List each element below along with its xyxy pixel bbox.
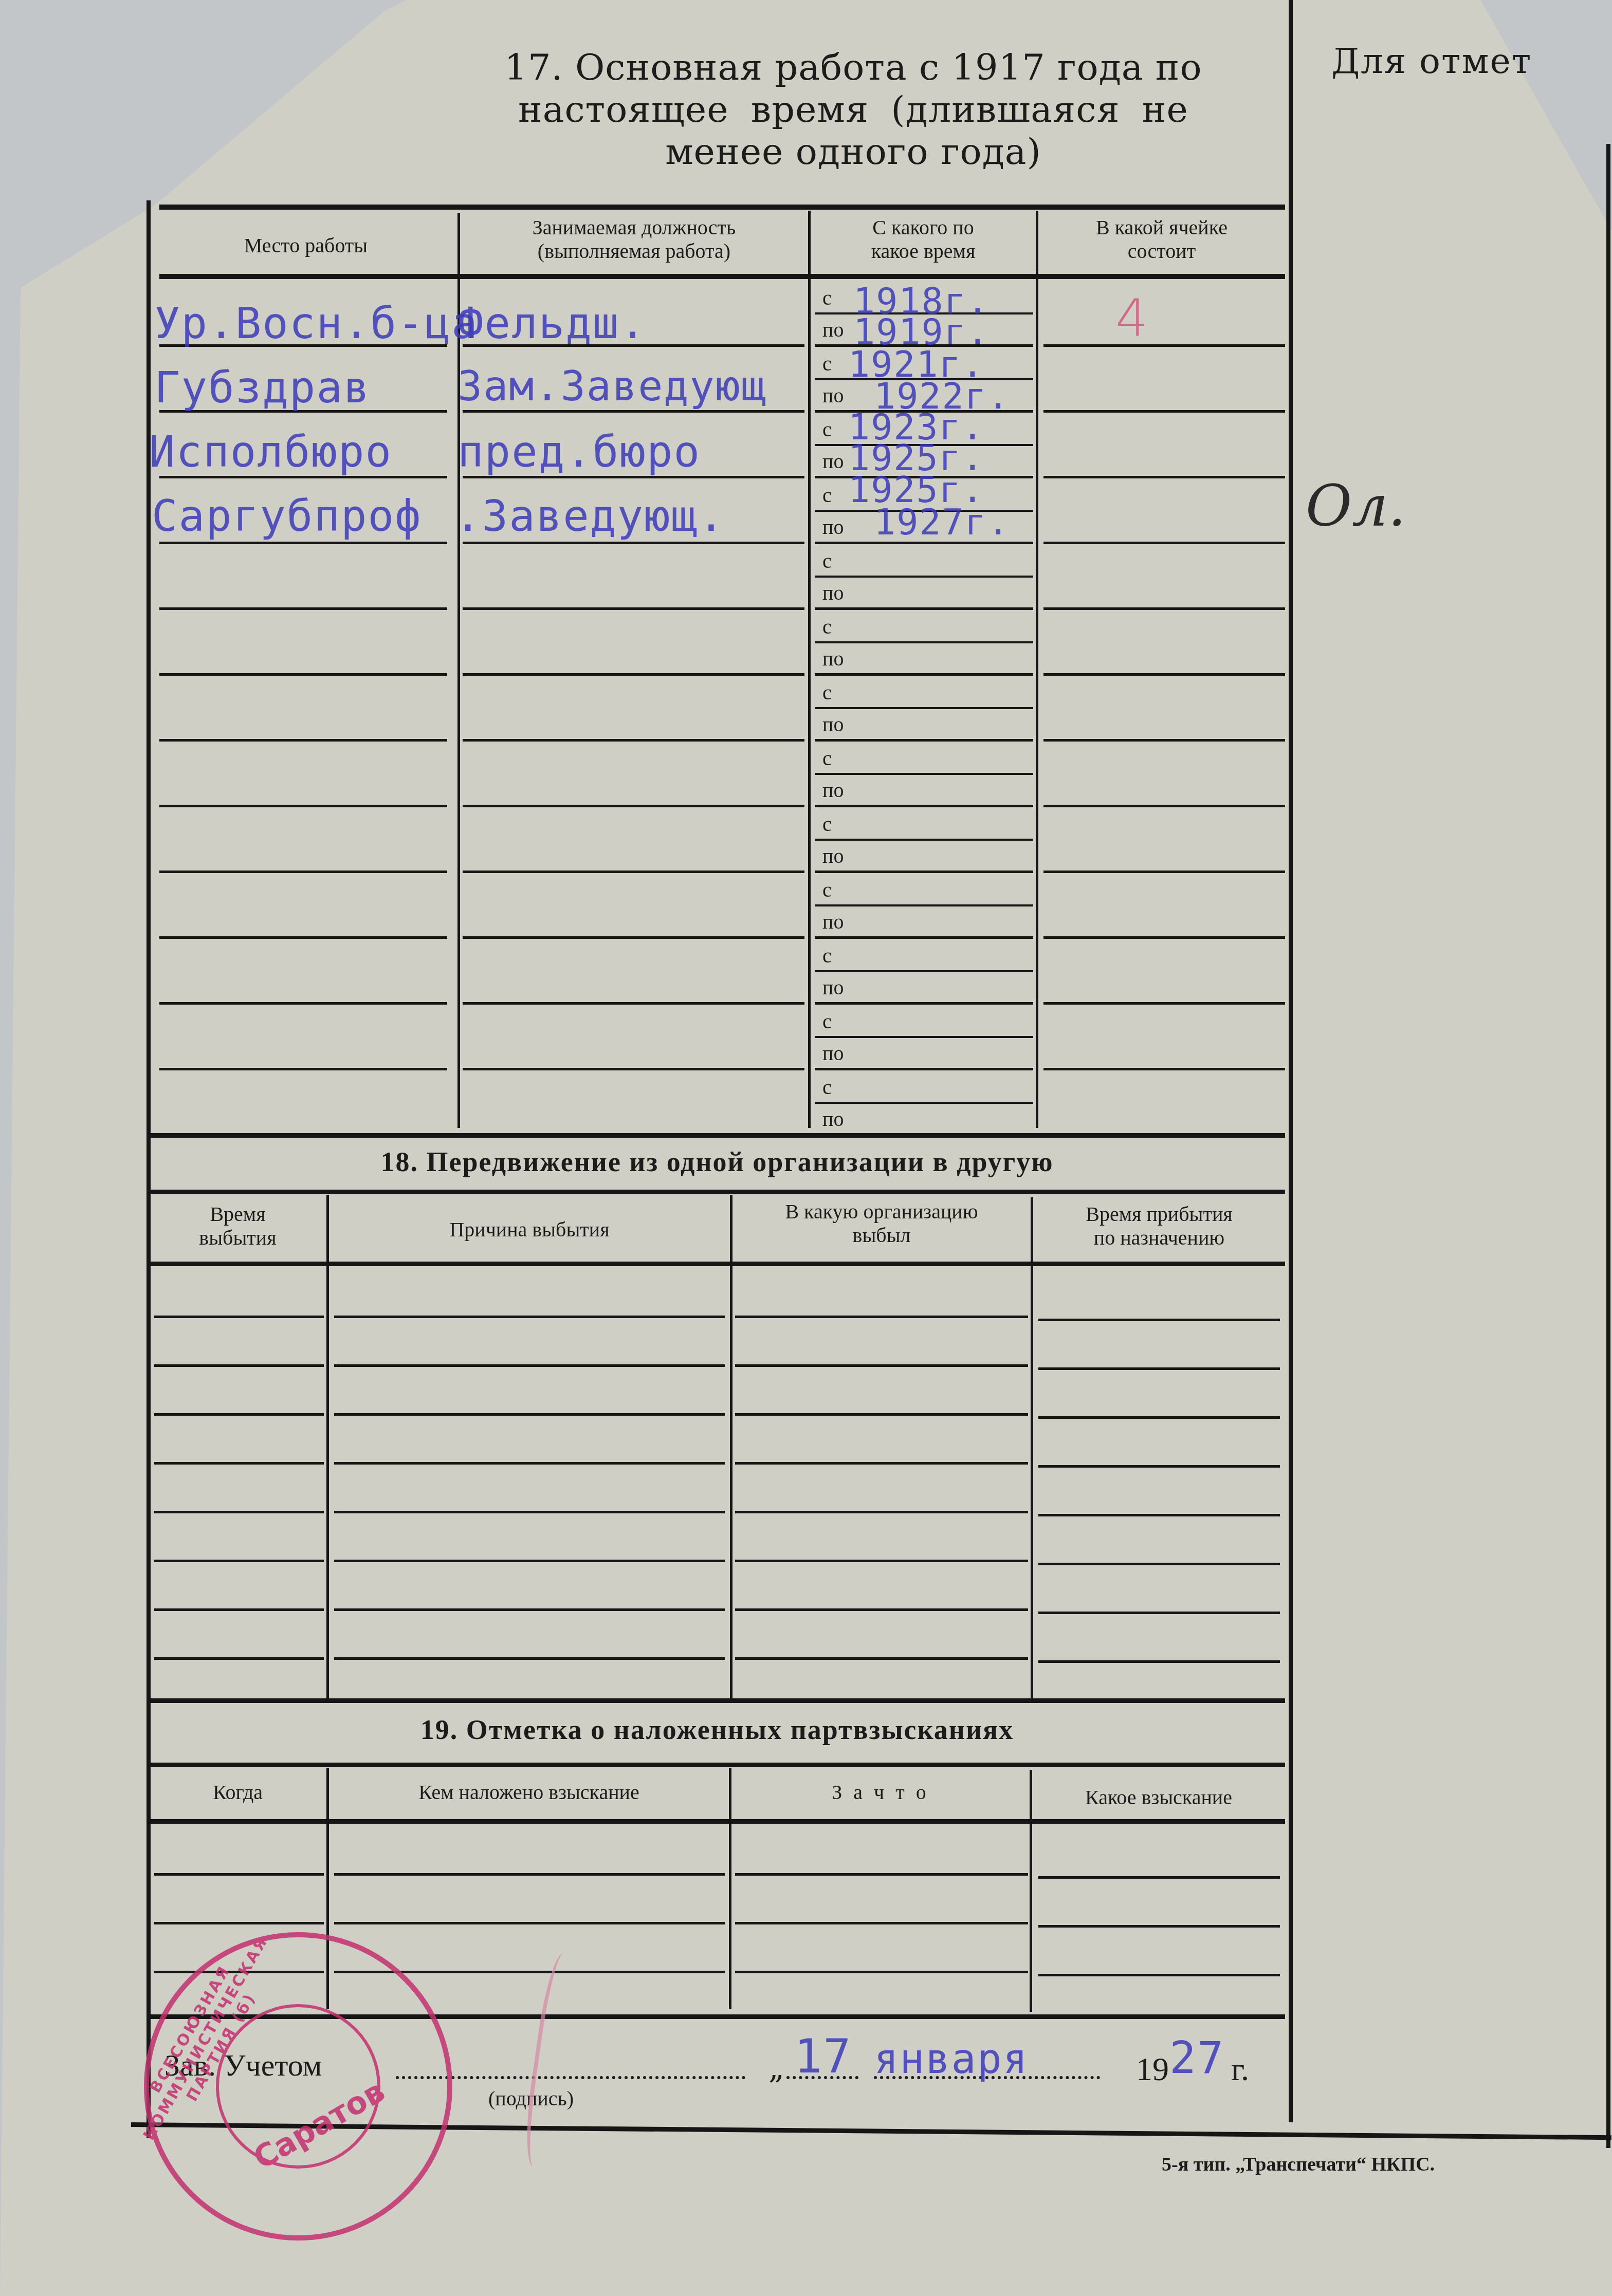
from-label: с — [822, 746, 832, 770]
s17-row2-position: Зам.Заведующ — [457, 362, 767, 410]
s17-col-header-cell-l1: В какой ячейке — [1038, 216, 1285, 239]
from-label: с — [822, 1009, 832, 1033]
s18-row-line — [735, 1462, 1028, 1465]
s19-header-border — [149, 1819, 1285, 1824]
s18-row-line — [1038, 1660, 1280, 1663]
s17-col-header-period-l1: С какого по — [811, 216, 1036, 239]
s18-row-line — [334, 1608, 725, 1611]
s19-row-line — [1038, 1876, 1280, 1879]
period-row-line — [815, 673, 1033, 676]
date-year-suffix: 27 — [1169, 2032, 1225, 2084]
s18-h1-l2: выбытия — [149, 1226, 326, 1250]
s18-row-line — [154, 1462, 324, 1465]
s17-row4-place: Саргубпроф — [152, 491, 422, 541]
s19-row-line — [735, 1971, 1028, 1973]
position-row-line — [463, 936, 804, 939]
s18-col-header-reason: Причина выбытия — [329, 1218, 730, 1242]
s18-row-line — [154, 1413, 324, 1416]
from-label: с — [822, 1075, 832, 1099]
period-half-line — [815, 839, 1033, 841]
s18-row-line — [735, 1413, 1028, 1416]
s19-col-header-when: Когда — [149, 1781, 326, 1804]
quote-open: „ — [768, 2050, 784, 2086]
s18-h4-l2: по назначению — [1033, 1226, 1285, 1250]
period-half-line — [815, 773, 1033, 775]
s18-col-divider-3 — [1031, 1197, 1033, 1698]
period-row-line — [815, 805, 1033, 807]
period-row-line — [815, 1068, 1033, 1070]
to-label: по — [822, 383, 844, 408]
period-row-line — [815, 607, 1033, 610]
to-label: по — [822, 515, 844, 539]
from-label: с — [822, 878, 832, 902]
s18-row-line — [154, 1560, 324, 1562]
to-label: по — [822, 318, 844, 342]
position-row-line — [463, 871, 804, 873]
to-label: по — [822, 1107, 844, 1131]
s17-col-header-position-l2: (выполняемая работа) — [460, 239, 808, 263]
s17-col-divider-1 — [457, 213, 460, 1128]
period-half-line — [815, 904, 1033, 906]
position-row-line — [463, 739, 804, 742]
s17-col-divider-3 — [1036, 211, 1038, 1128]
s18-row-line — [735, 1608, 1028, 1611]
from-label: с — [822, 615, 832, 639]
cell-row-line — [1043, 542, 1285, 544]
s18-row-line — [1038, 1465, 1280, 1468]
to-label: по — [822, 910, 844, 934]
position-row-line — [463, 1068, 804, 1070]
s19-row-line — [1038, 1925, 1280, 1928]
s19-col-header-penalty: Какое взыскание — [1032, 1786, 1285, 1809]
year-prefix: 19 — [1136, 2050, 1169, 2088]
s18-col-header-arrival: Время прибытия по назначению — [1033, 1202, 1285, 1250]
s17-row4-position: .Заведующ. — [455, 491, 725, 541]
s17-col-header-cell-l2: состоит — [1038, 239, 1285, 263]
s18-row-line — [334, 1316, 725, 1318]
place-row-line — [159, 607, 447, 610]
from-label: с — [822, 943, 832, 968]
s17-col-header-period: С какого по какое время — [811, 216, 1036, 263]
s18-col-divider-2 — [730, 1195, 732, 1698]
s18-row-line — [1038, 1612, 1280, 1614]
place-row-line — [159, 673, 447, 676]
s17-row4-to: 1927г. — [874, 501, 1010, 543]
from-label: с — [822, 680, 832, 705]
cell-row-line — [1043, 410, 1285, 413]
period-row-line — [815, 871, 1033, 873]
s18-row-line — [334, 1364, 725, 1367]
s18-title-border — [149, 1190, 1285, 1194]
cell-row-line — [1043, 1002, 1285, 1005]
to-label: по — [822, 712, 844, 736]
to-label: по — [822, 1041, 844, 1065]
period-half-line — [815, 1102, 1033, 1104]
s18-row-line — [334, 1462, 725, 1465]
place-row-line — [159, 1068, 447, 1070]
place-row-line — [159, 871, 447, 873]
s19-row-line — [334, 1922, 725, 1924]
s17-row1-position: Фельдш. — [457, 298, 647, 348]
year-end: г. — [1231, 2050, 1249, 2088]
s17-top-border — [159, 205, 1285, 210]
s18-row-line — [735, 1316, 1028, 1318]
position-row-line — [463, 607, 804, 610]
cell-row-line — [1043, 607, 1285, 610]
period-half-line — [815, 641, 1033, 643]
s19-row-line — [735, 1873, 1028, 1876]
s18-row-line — [735, 1511, 1028, 1513]
s19-row-line — [154, 1922, 324, 1924]
s18-col-divider-1 — [326, 1195, 329, 1698]
cell-row-line — [1043, 936, 1285, 939]
period-half-line — [815, 970, 1033, 972]
s18-row-line — [334, 1560, 725, 1562]
s17-col-divider-2 — [808, 211, 811, 1128]
s19-row-line — [735, 1922, 1028, 1924]
s17-row1-place: Ур.Восн.б-ца — [154, 298, 479, 348]
side-frame-right — [1606, 144, 1610, 2148]
s18-row-line — [154, 1364, 324, 1367]
period-row-line — [815, 936, 1033, 939]
section17-title-line1: 17. Основная работа с 1917 года по — [493, 46, 1213, 88]
s18-row-line — [1038, 1416, 1280, 1419]
period-row-line — [815, 1002, 1033, 1005]
section18-title: 18. Передвижение из одной организации в … — [149, 1146, 1285, 1178]
s18-h4-l1: Время прибытия — [1033, 1202, 1285, 1226]
from-label: с — [822, 351, 832, 376]
s17-col-header-position: Занимаемая должность (выполняемая работа… — [460, 216, 808, 263]
s18-row-line — [154, 1608, 324, 1611]
place-row-line — [159, 1002, 447, 1005]
s18-row-line — [735, 1657, 1028, 1660]
period-half-line — [815, 707, 1033, 709]
s18-row-line — [154, 1657, 324, 1660]
s18-row-line — [154, 1511, 324, 1513]
s18-row-line — [154, 1316, 324, 1318]
s18-row-line — [334, 1511, 725, 1513]
place-row-line — [159, 739, 447, 742]
side-column-title: Для отмет — [1331, 41, 1532, 82]
s18-col-header-org: В какую организацию выбыл — [732, 1200, 1031, 1247]
s18-row-line — [334, 1657, 725, 1660]
to-label: по — [822, 581, 844, 605]
position-row-line — [463, 673, 804, 676]
to-label: по — [822, 778, 844, 802]
s17-col-header-place: Место работы — [154, 234, 457, 257]
section17-title: 17. Основная работа с 1917 года по насто… — [493, 46, 1213, 173]
s17-col-header-position-l1: Занимаемая должность — [460, 216, 808, 239]
section17-title-line2: настоящее время (длившаяся не — [493, 88, 1213, 131]
s18-row-line — [334, 1413, 725, 1416]
s19-top-border — [149, 1698, 1285, 1703]
s19-row-line — [154, 1873, 324, 1876]
cell-row-line — [1043, 673, 1285, 676]
period-half-line — [815, 1036, 1033, 1038]
s18-header-border — [149, 1262, 1285, 1266]
to-label: по — [822, 844, 844, 868]
s19-row-line — [1038, 1974, 1280, 1976]
from-label: с — [822, 483, 832, 507]
from-label: с — [822, 286, 832, 310]
section17-title-line3: менее одного года) — [493, 131, 1213, 173]
to-label: по — [822, 975, 844, 999]
from-label: с — [822, 549, 832, 573]
to-label: по — [822, 646, 844, 671]
side-signature: Ол. — [1306, 473, 1406, 539]
s18-row-line — [1038, 1319, 1280, 1321]
section19-title: 19. Отметка о наложенных партвзысканиях — [149, 1714, 1285, 1746]
s17-header-border — [159, 274, 1285, 279]
cell-row-line — [1043, 344, 1285, 347]
cell-row-line — [1043, 1068, 1285, 1070]
frame-right — [1289, 0, 1293, 2122]
s18-row-line — [735, 1560, 1028, 1562]
s17-col-header-period-l2: какое время — [811, 239, 1036, 263]
s18-h1-l1: Время — [149, 1202, 326, 1226]
from-label: с — [822, 812, 832, 836]
cell-row-line — [1043, 871, 1285, 873]
position-row-line — [463, 1002, 804, 1005]
period-half-line — [815, 576, 1033, 578]
s18-row-line — [735, 1364, 1028, 1367]
s18-top-border — [149, 1133, 1285, 1138]
party-stamp: Саратов ВСЕСОЮЗНАЯ КОММУНИСТИЧЕСКАЯ ПАРТ… — [144, 1932, 452, 2241]
position-row-line — [463, 805, 804, 807]
s18-col-header-leave-time: Время выбытия — [149, 1202, 326, 1250]
place-row-line — [159, 936, 447, 939]
cell-row-line — [1043, 476, 1285, 478]
cell-row-line — [1043, 805, 1285, 807]
printer-imprint: 5-я тип. „Транспечати“ НКПС. — [1162, 2153, 1435, 2176]
s19-col-header-reason: З а ч т о — [731, 1781, 1030, 1804]
cell-row-line — [1043, 739, 1285, 742]
place-row-line — [159, 542, 447, 544]
place-row-line — [159, 805, 447, 807]
to-label: по — [822, 449, 844, 473]
s18-row-line — [1038, 1563, 1280, 1565]
period-row-line — [815, 739, 1033, 742]
position-row-line — [463, 410, 804, 413]
from-label: с — [822, 417, 832, 441]
s17-row2-place: Губздрав — [154, 362, 371, 413]
s19-col-header-by-whom: Кем наложено взыскание — [329, 1781, 729, 1804]
s17-row3-position: пред.бюро — [457, 427, 701, 477]
s17-row1-cell: 4 — [1115, 288, 1148, 348]
date-month: января — [874, 2035, 1029, 2083]
s17-row3-place: Исполбюро — [149, 427, 392, 477]
s18-h3-l2: выбыл — [732, 1224, 1031, 1247]
s18-row-line — [1038, 1514, 1280, 1516]
date-day: 17 — [794, 2030, 852, 2084]
s19-title-border — [149, 1763, 1285, 1767]
s19-row-line — [334, 1873, 725, 1876]
s17-col-header-cell: В какой ячейке состоит — [1038, 216, 1285, 263]
s18-row-line — [1038, 1367, 1280, 1370]
position-row-line — [463, 542, 804, 544]
s18-h3-l1: В какую организацию — [732, 1200, 1031, 1224]
